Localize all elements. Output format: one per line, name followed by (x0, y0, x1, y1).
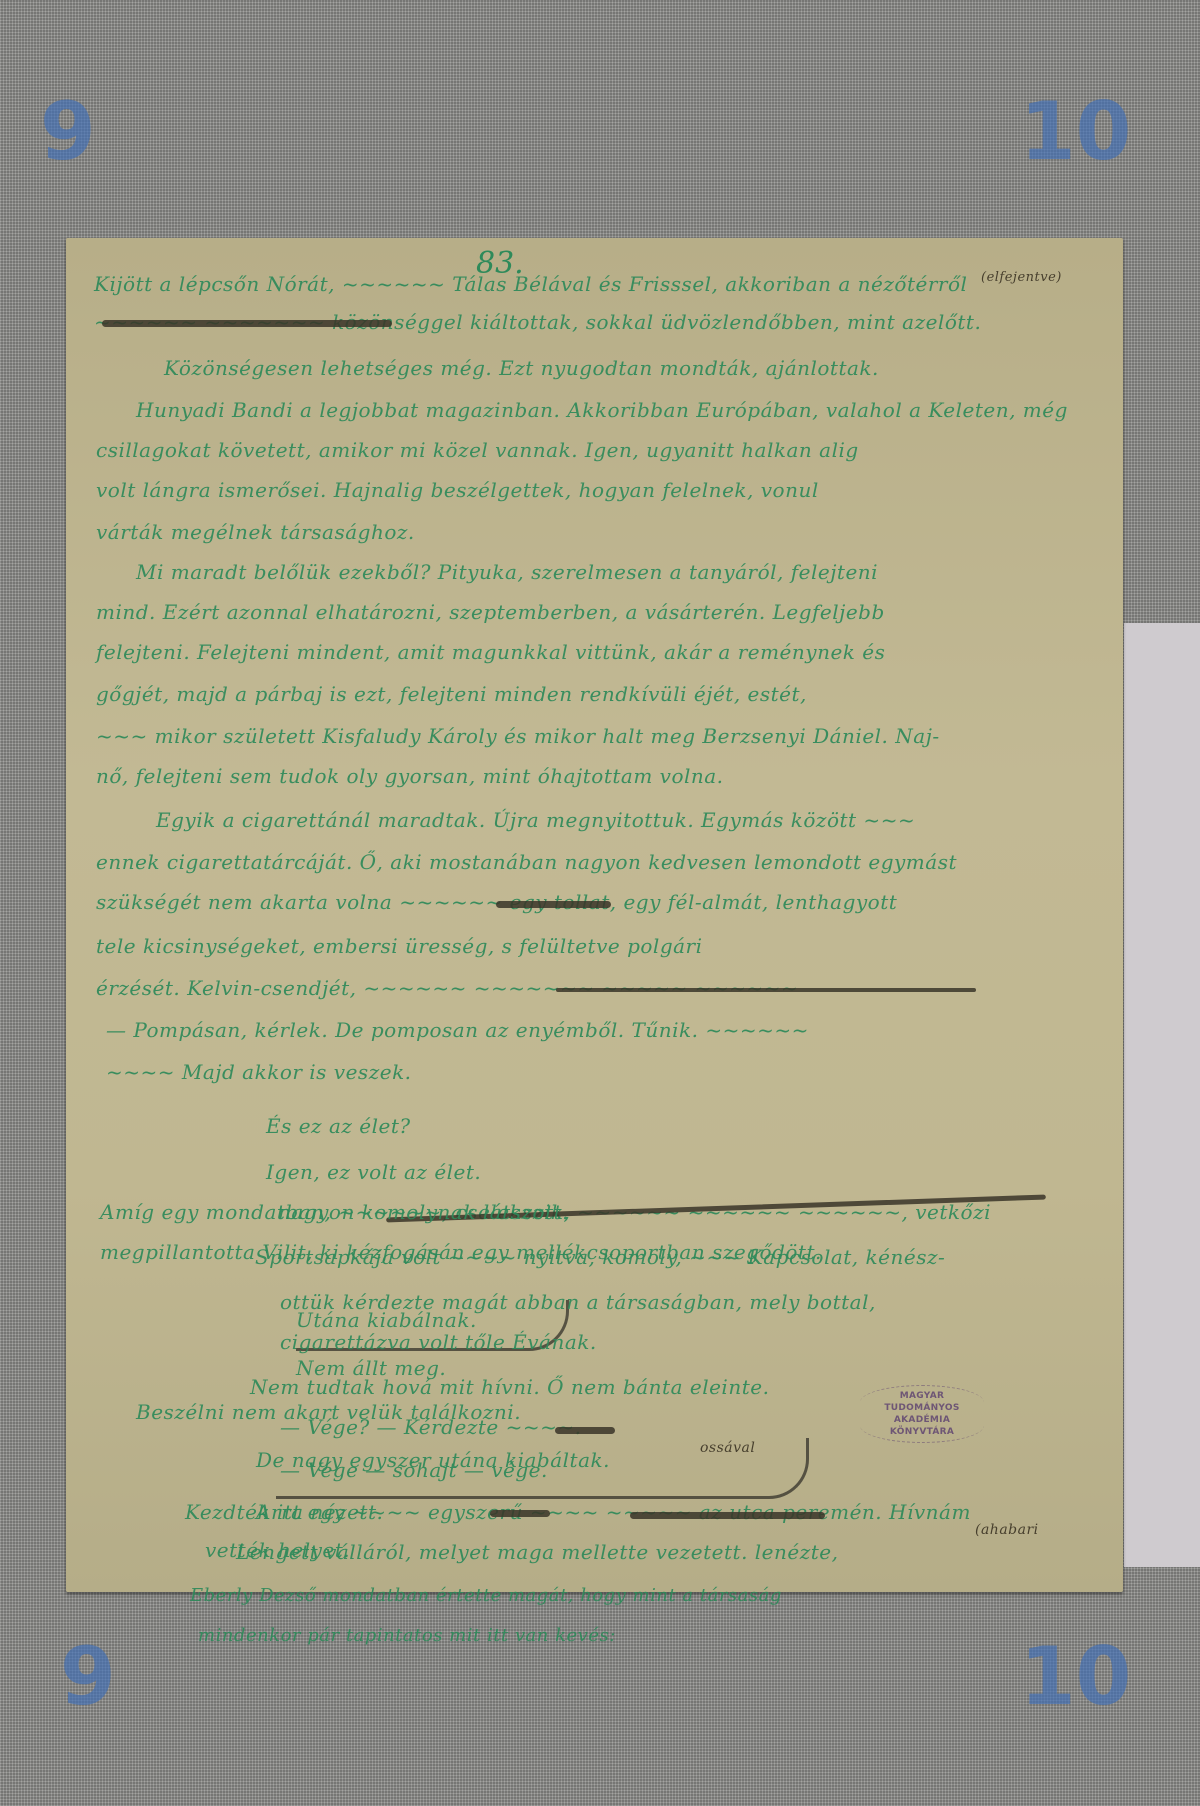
strikethrough (555, 1427, 615, 1434)
text-line: vették helyet. (205, 1538, 350, 1562)
lower-text-layer: nagyon komolynak látszott. Sportsapkája … (0, 0, 1200, 1806)
stamp-line-2: TUDOMÁNYOS AKADÉMIA (862, 1402, 982, 1426)
text-line: Sportsapkája volt ~~~~ nyitva, komoly, ~… (255, 1245, 945, 1269)
text-line: — Vége? — Kérdezte ~~~~. (280, 1415, 581, 1439)
strikethrough (630, 1512, 825, 1519)
text-line: nagyon komolynak látszott. (278, 1200, 569, 1224)
text-line: — Vége — sóhajt — vége. (280, 1458, 548, 1482)
text-line: Kezdték itt egy ~~~~ egyszerű ~~~~ ~~~~~… (185, 1500, 971, 1524)
text-line: Eberly Dezső mondatban értette magát, ho… (190, 1585, 782, 1606)
library-stamp: MAGYAR TUDOMÁNYOS AKADÉMIA KÖNYVTÁRA (860, 1385, 984, 1443)
strikethrough (490, 1510, 550, 1517)
stamp-line-1: MAGYAR (862, 1390, 982, 1402)
stamp-line-3: KÖNYVTÁRA (862, 1426, 982, 1438)
text-line: cigarettázva volt tőle Évának. (280, 1330, 597, 1354)
margin-note-ahabari: (ahabari (975, 1522, 1039, 1538)
margin-note-ossaval: ossával (700, 1440, 755, 1456)
text-line: Nem tudtak hová mit hívni. Ő nem bánta e… (250, 1375, 769, 1399)
text-line: ottük kérdezte magát abban a társaságban… (280, 1290, 876, 1314)
text-line: mindenkor pár tapintatos mit itt van kev… (198, 1625, 616, 1646)
